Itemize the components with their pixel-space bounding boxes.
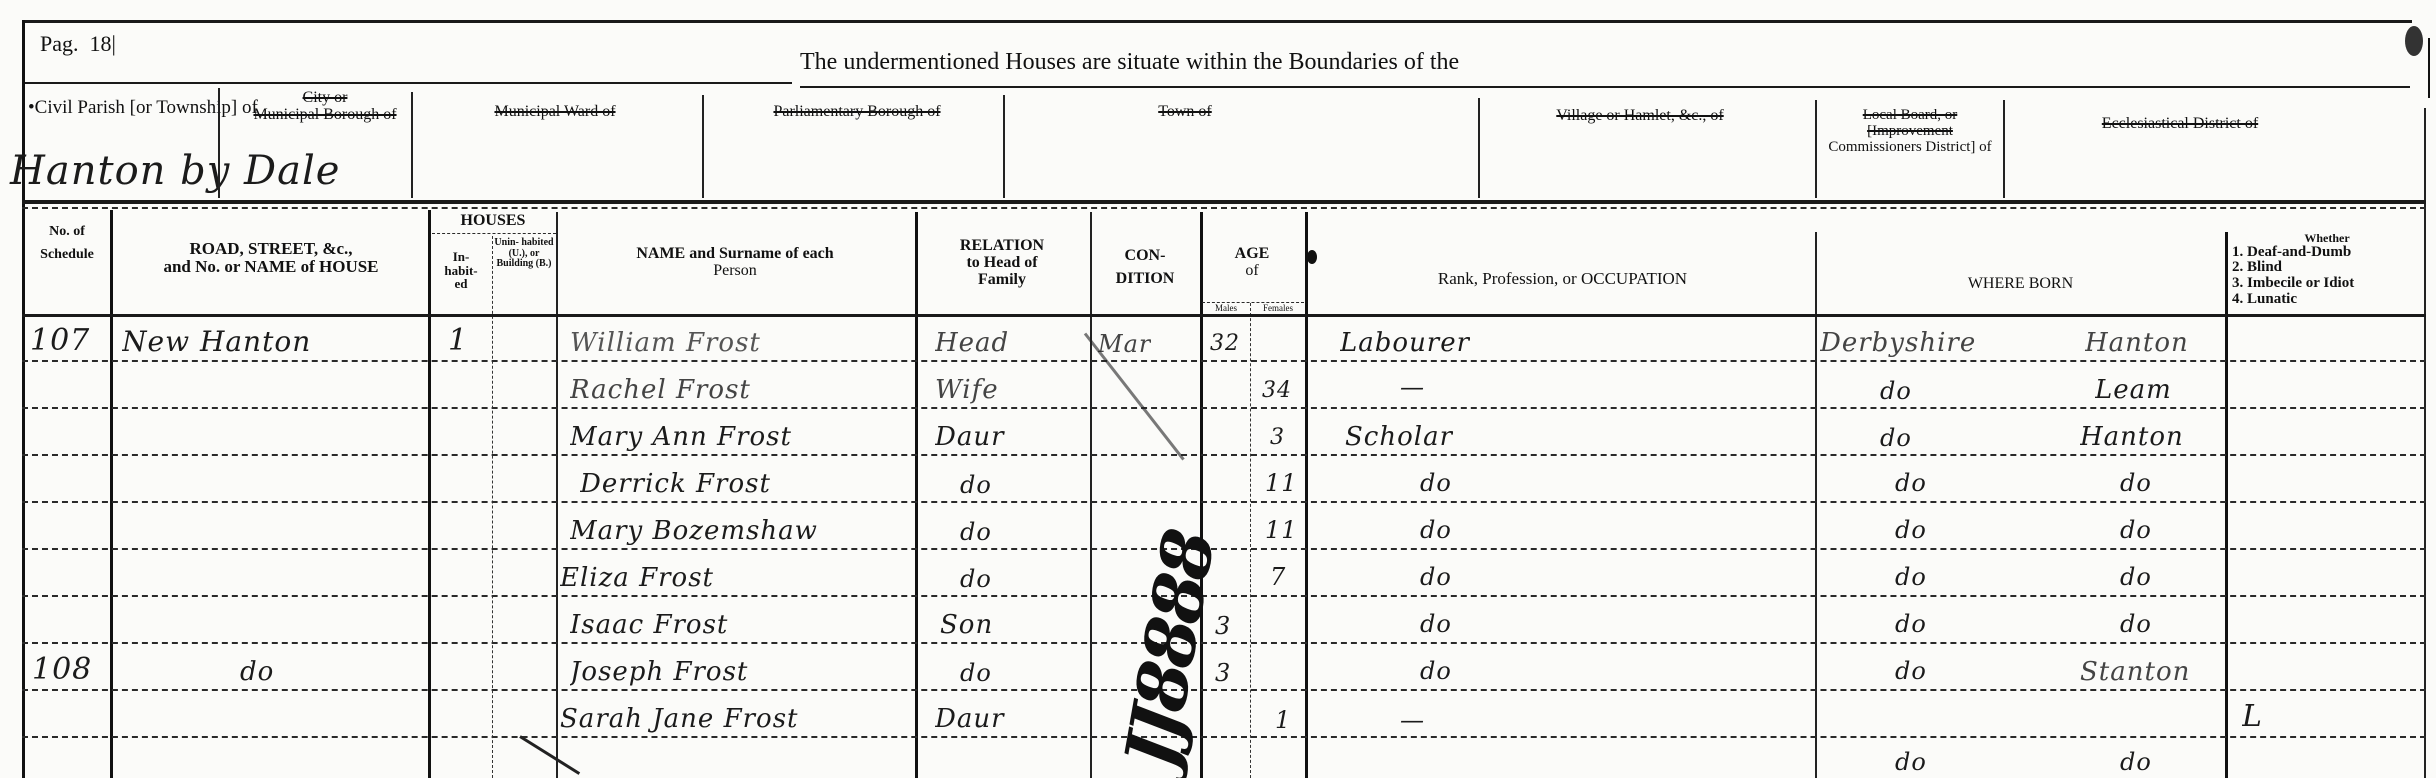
cell-schedule: 108 (32, 645, 92, 687)
cell-occupation: do (1420, 553, 1452, 591)
cell-road: New Hanton (122, 320, 311, 358)
cell-name: Mary Ann Frost (570, 412, 792, 452)
cell-born-county: do (1895, 553, 1927, 591)
cell-relation: Daur (935, 694, 1005, 734)
header-condition: CON-DITION (1092, 248, 1198, 288)
cell-relation: do (960, 553, 992, 593)
cell-age-male: 3 (1215, 647, 1231, 687)
cell-occupation: Labourer (1340, 320, 1470, 358)
header-disability: Whether 1. Deaf-and-Dumb 2. Blind 3. Imb… (2232, 232, 2422, 308)
cell-name: Sarah Jane Frost (560, 694, 799, 734)
boundary-local-board-label: Local Board, or [ImprovementCommissioner… (1825, 108, 1995, 155)
boundary-civil-parish-label: •Civil Parish [or Township] of (28, 98, 258, 118)
cell-occupation: do (1420, 506, 1452, 544)
cell-disability: L (2242, 694, 2263, 734)
cell-born-place: do (2120, 459, 2152, 497)
cell-schedule: 107 (30, 320, 90, 358)
cell-relation: do (960, 647, 992, 687)
header-age-males: Males (1202, 304, 1250, 313)
page-number-label: Pag. 18| (40, 32, 116, 55)
cell-condition: Mar (1098, 320, 1151, 358)
cell-relation: Daur (935, 412, 1005, 452)
cell-born-county: do (1880, 365, 1912, 405)
cell-age-female: 1 (1275, 694, 1291, 734)
cell-occupation: — (1400, 365, 1425, 401)
cell-age-female: 34 (1262, 365, 1292, 403)
page-title: The undermentioned Houses are situate wi… (800, 50, 1459, 75)
cell-occupation: do (1420, 600, 1452, 638)
header-inhabited: In- habit- ed (432, 250, 490, 291)
cell-born-place: Leam (2095, 365, 2172, 405)
cell-born-place: do (2120, 553, 2152, 591)
cell-born-county: do (1895, 459, 1927, 497)
cell-born-place: do (2120, 506, 2152, 544)
name-bracket-mark (519, 735, 580, 775)
boundary-town-label: Town of (1010, 104, 1360, 121)
header-relation: RELATIONto Head ofFamily (918, 238, 1086, 288)
cell-inhabited: 1 (448, 320, 468, 358)
cell-occupation: — (1400, 694, 1425, 734)
cell-name: Rachel Frost (570, 365, 751, 405)
cell-relation: do (960, 506, 992, 546)
cell-born-place: Hanton (2085, 320, 2189, 358)
cell-road: do (240, 645, 274, 687)
cell-name: Eliza Frost (560, 553, 714, 593)
cell-age-female: 3 (1270, 412, 1285, 450)
cell-name: Derrick Frost (580, 459, 771, 499)
cell-occupation: Scholar (1345, 412, 1453, 452)
cell-occupation: do (1420, 459, 1452, 497)
header-where-born: WHERE BORN (1818, 276, 2223, 293)
cell-born-county: do (1880, 412, 1912, 452)
cell-relation: Son (940, 600, 993, 640)
cell-born-place: do (2120, 740, 2152, 776)
cell-born-county: do (1895, 740, 1927, 776)
cell-age-female: 11 (1265, 459, 1298, 497)
header-age: AGEof (1202, 246, 1302, 280)
cell-relation: do (960, 459, 992, 499)
cell-name: Joseph Frost (570, 647, 748, 687)
boundary-ecclesiastical-label: Ecclesiastical District of (2020, 116, 2340, 133)
header-houses: HOUSES (430, 213, 556, 230)
page-number: 18 (90, 31, 112, 56)
boundary-village-label: Village or Hamlet, &c., of (1515, 108, 1765, 125)
boundary-parliamentary-label: Parliamentary Borough of (712, 104, 1002, 121)
cell-relation: Head (935, 320, 1009, 358)
cell-name: William Frost (570, 320, 761, 358)
cell-name: Mary Bozemshaw (570, 506, 818, 546)
cell-born-county: do (1895, 647, 1927, 685)
binding-mark-icon (2405, 26, 2423, 56)
cell-relation: Wife (935, 365, 999, 405)
boundary-city-label: City orMunicipal Borough of (240, 90, 410, 124)
cell-age-female: 11 (1265, 506, 1298, 544)
header-age-females: Females (1252, 304, 1304, 313)
header-name: NAME and Surname of eachPerson (560, 246, 910, 280)
cell-born-county: Derbyshire (1820, 320, 1976, 358)
header-uninhabited: Unin- habited (U.), or Building (B.) (493, 238, 555, 270)
cell-age-female: 7 (1270, 553, 1286, 591)
header-road: ROAD, STREET, &c.,and No. or NAME of HOU… (115, 240, 427, 276)
boundary-municipal-ward-label: Municipal Ward of (420, 104, 690, 121)
boundary-civil-parish-value: Hanton by Dale (10, 148, 340, 194)
age-marker-dot (1307, 250, 1317, 264)
cell-born-county: do (1895, 600, 1927, 638)
cell-born-county: do (1895, 506, 1927, 544)
cell-born-place: do (2120, 600, 2152, 638)
cell-age-male: 32 (1210, 320, 1240, 356)
cell-occupation: do (1420, 647, 1452, 685)
cell-born-place: Stanton (2080, 647, 2190, 687)
header-occupation: Rank, Profession, or OCCUPATION (1310, 270, 1815, 288)
header-schedule: No. ofSchedule (24, 225, 110, 262)
cell-name: Isaac Frost (570, 600, 728, 640)
cell-born-place: Hanton (2080, 412, 2184, 452)
